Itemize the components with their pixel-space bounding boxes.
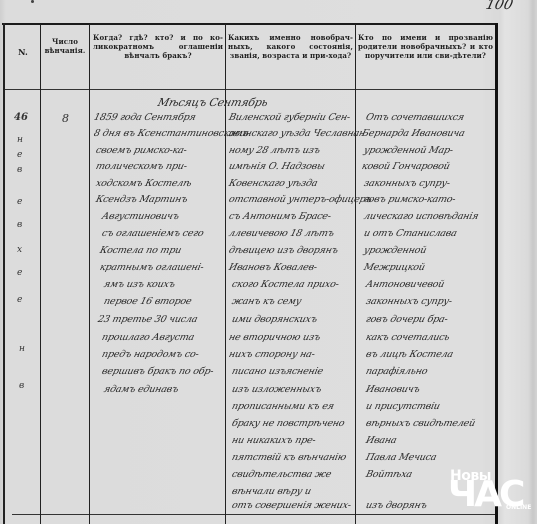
header-when-where-who: Когда? гдѣ? кто? и по ко-ликократномъ ог… [93, 33, 223, 60]
watermark-suffix: ONLINE [506, 504, 531, 511]
text-line: и отъ Станислава [363, 228, 458, 239]
text-line: вѣнчали вѣру и [231, 486, 313, 497]
text-line: ходскомъ Костелѣ [95, 178, 193, 189]
table-left-border [3, 23, 5, 524]
margin-mark: е [17, 150, 22, 160]
watermark-main: ЧАС [448, 474, 522, 515]
text-line: предъ народомъ со- [101, 349, 200, 360]
text-line: не вторичною изъ [228, 332, 322, 343]
table-right-border [495, 23, 498, 524]
text-line: своемъ римско-ка- [95, 145, 188, 156]
text-line: нихъ сторону на- [228, 349, 316, 360]
text-line: жинскаго уѣзда Чеславнан [228, 128, 367, 139]
text-line: какъ сочетались [365, 332, 451, 343]
ink-speck [31, 0, 34, 3]
text-line: Ксендзъ Мартинъ [95, 194, 189, 205]
text-line: Межрицкой [363, 262, 426, 273]
month-heading: Мѣсяцъ Сентябрь [156, 96, 269, 109]
text-line: писано изъясненіе [231, 366, 325, 377]
margin-mark: в [17, 220, 22, 230]
text-line: свидѣтельства же [231, 469, 333, 480]
text-line: прописанными къ ея [231, 401, 335, 412]
text-line: Антоновичевой [365, 279, 446, 290]
text-line: отъ совершенія жених- [231, 500, 352, 511]
table-top-border [2, 23, 498, 25]
text-line: изъ изложенныхъ [231, 384, 323, 395]
header-newlyweds: Какихъ именно новобрач-ныхъ, какого сост… [228, 33, 353, 60]
text-line: прошлаго Августа [101, 332, 196, 343]
text-line: изъ дворянъ [365, 500, 428, 511]
text-line: вершивъ бракъ по обр- [101, 366, 215, 377]
header-n: N. [6, 48, 40, 57]
text-line: Ивановъ Ковалев- [228, 262, 319, 273]
text-line: ими дворянскихъ [231, 314, 319, 325]
text-line: 1859 года Сентября [93, 112, 197, 123]
text-line: имѣнія О. Надзовы [228, 161, 326, 172]
text-line: ному 28 лѣтъ изъ [228, 145, 321, 156]
text-line: Ковенскаго уѣзда [228, 178, 319, 189]
text-line: вѣрныхъ свидѣтелей [365, 418, 477, 429]
text-line: урожденной Мар- [363, 145, 455, 156]
text-line: Войтѣха [365, 469, 414, 480]
text-line: Августиновичъ [101, 211, 180, 222]
text-line: Ивана [365, 435, 398, 446]
text-line: съ оглашеніемъ сего [101, 228, 205, 239]
text-line: ллевичевою 18 лѣтъ [228, 228, 336, 239]
text-line: дѣвицею изъ дворянъ [228, 245, 340, 256]
column-divider-2 [89, 24, 90, 524]
margin-mark: н [19, 344, 25, 354]
margin-mark: е [17, 197, 22, 207]
margin-mark: в [19, 381, 24, 391]
margin-mark: х [17, 245, 22, 255]
text-line: жанъ къ сему [231, 296, 303, 307]
text-line: кратнымъ оглашені- [99, 262, 205, 273]
header-parents-sponsors: Кто по имени и прозванію родители новобр… [358, 33, 493, 60]
column-divider-4 [355, 24, 356, 524]
text-line: ямъ изъ коихъ [103, 279, 177, 290]
text-line: съ Антонимъ Брасе- [228, 211, 332, 222]
margin-mark: в [17, 165, 22, 175]
marriage-count: 8 [62, 112, 69, 125]
text-line: Отъ сочетавшихся [365, 112, 466, 123]
text-line: 23 третье 30 числа [97, 314, 199, 325]
watermark-logo: Новы ЧАС ONLINE [448, 468, 536, 524]
text-line: 8 дня въ Ксенстантиновскомъ [93, 128, 250, 139]
text-line: и присутствіи [365, 401, 441, 412]
header-bottom-border [3, 89, 497, 90]
text-line: браку не повстрѣчено [231, 418, 346, 429]
margin-mark: е [17, 268, 22, 278]
text-line: толическомъ при- [95, 161, 188, 172]
row-bottom-border [12, 514, 498, 515]
text-line: ни никакихъ пре- [231, 435, 317, 446]
text-line: отставной унтеръ-офицеръ [228, 194, 373, 205]
header-number-of-marriages: Число вѣнчанія. [42, 37, 88, 55]
margin-mark: е [17, 295, 22, 305]
text-line: говъ дочери бра- [365, 314, 449, 325]
scanned-page: 100 N. Число вѣнчанія. Когда? гдѣ? кто? … [0, 0, 537, 524]
text-line: первое 16 второе [103, 296, 193, 307]
text-line: въ лицѣ Костела [365, 349, 455, 360]
text-line: Бернарда Ивановича [361, 128, 466, 139]
text-line: говъ римско-като- [363, 194, 457, 205]
column-divider-1 [40, 24, 41, 524]
page-number: 100 [484, 0, 527, 13]
text-line: ковой Гончаровой [361, 161, 451, 172]
text-line: Виленской губерніи Сен- [228, 112, 352, 123]
text-line: Павла Мечиса [365, 452, 438, 463]
text-line: ядамъ единавъ [103, 384, 180, 395]
text-line: Костела по три [99, 245, 183, 256]
text-line: Ивановичъ [365, 384, 421, 395]
text-line: лическаго исповѣданія [363, 211, 480, 222]
text-line: парафіяльно [365, 366, 429, 377]
margin-mark: н [17, 135, 23, 145]
text-line: законныхъ супру- [365, 296, 454, 307]
text-line: законныхъ супру- [363, 178, 452, 189]
text-line: ского Костела прихо- [231, 279, 340, 290]
watermark-top: Новы [450, 468, 491, 484]
record-number: 46 [14, 112, 28, 123]
text-line: урожденной [363, 245, 428, 256]
text-line: пятствій къ вѣнчанію [231, 452, 348, 463]
